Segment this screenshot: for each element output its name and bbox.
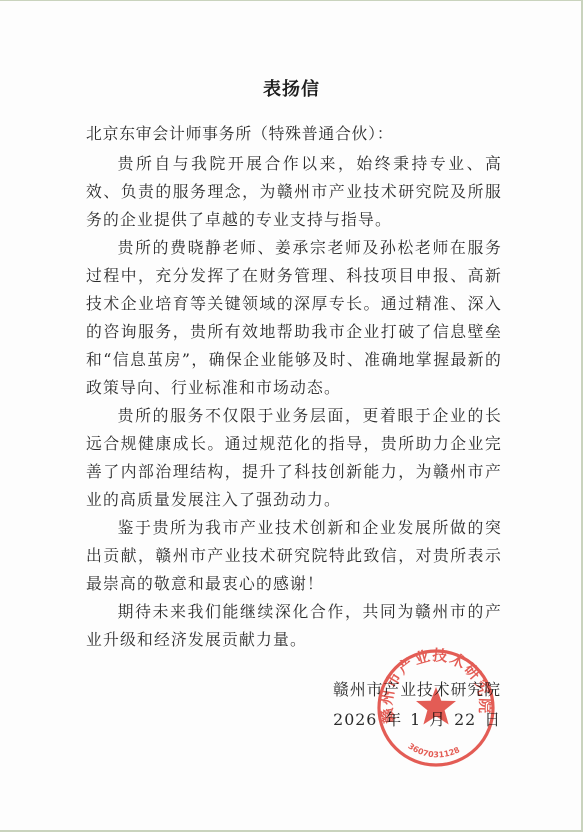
letter-title: 表扬信 — [0, 75, 583, 101]
paragraph-2: 贵所的费晓静老师、姜承宗老师及孙松老师在服务过程中，充分发挥了在财务管理、科技项… — [86, 234, 502, 402]
letter-page: 表扬信 北京东审会计师事务所（特殊普通合伙）： 贵所自与我院开展合作以来，始终秉… — [0, 1, 581, 830]
paragraph-4: 鉴于贵所为我市产业技术创新和企业发展所做的突出贡献，赣州市产业技术研究院特此致信… — [86, 514, 502, 598]
paragraph-1: 贵所自与我院开展合作以来，始终秉持专业、高效、负责的服务理念，为赣州市产业技术研… — [86, 150, 502, 234]
letter-body: 北京东审会计师事务所（特殊普通合伙）： 贵所自与我院开展合作以来，始终秉持专业、… — [86, 120, 502, 654]
paragraph-3: 贵所的服务不仅限于业务层面，更着眼于企业的长远合规健康成长。通过规范化的指导，贵… — [86, 402, 502, 514]
official-seal-star-icon: 赣州市产业技术研究院 3607031128 — [375, 647, 497, 769]
salutation: 北京东审会计师事务所（特殊普通合伙）： — [86, 120, 502, 148]
seal-code: 3607031128 — [406, 741, 461, 759]
svg-text:3607031128: 3607031128 — [406, 741, 461, 759]
paragraph-5: 期待未来我们能继续深化合作，共同为赣州市的产业升级和经济发展贡献力量。 — [86, 598, 502, 654]
